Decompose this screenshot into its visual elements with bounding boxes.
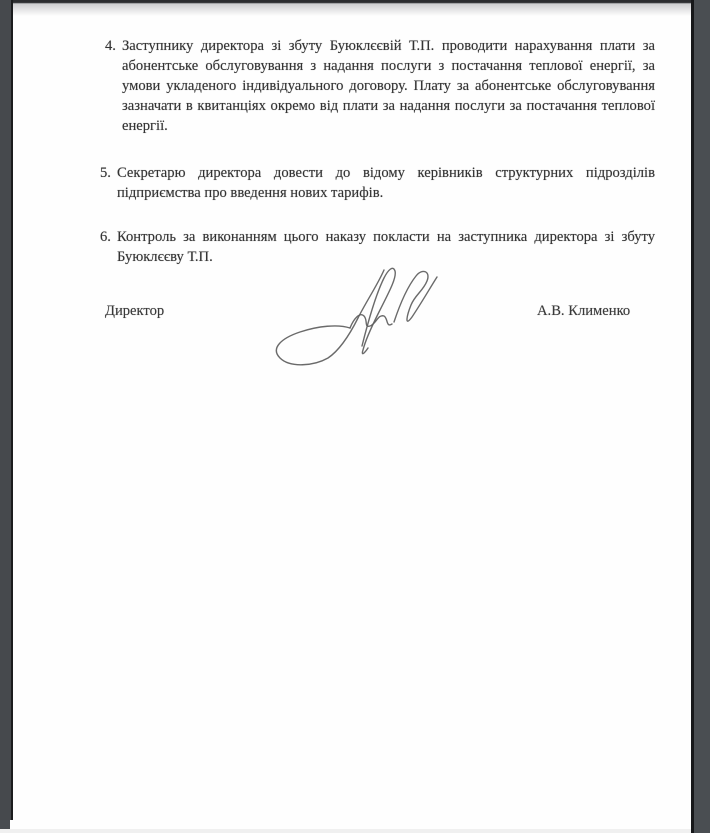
right-scan-edge xyxy=(691,0,710,833)
left-scan-edge xyxy=(0,0,13,820)
bottom-scan-fade xyxy=(0,829,691,833)
item-number: 5. xyxy=(100,163,117,183)
order-item-4: 4. Заступнику директора зі збуту Буюклєє… xyxy=(105,36,655,136)
document-viewer: 4. Заступнику директора зі збуту Буюклєє… xyxy=(0,0,710,833)
item-number: 6. xyxy=(100,227,117,247)
item-number: 4. xyxy=(105,36,122,56)
director-title: Директор xyxy=(105,303,164,320)
item-text: Секретарю директора довести до відому ке… xyxy=(117,163,655,203)
handwritten-signature-icon xyxy=(266,250,444,370)
signatory-name: А.В. Клименко xyxy=(537,303,630,320)
order-item-5: 5. Секретарю директора довести до відому… xyxy=(100,163,655,203)
item-text: Заступнику директора зі збуту Буюклєєвій… xyxy=(122,36,655,136)
